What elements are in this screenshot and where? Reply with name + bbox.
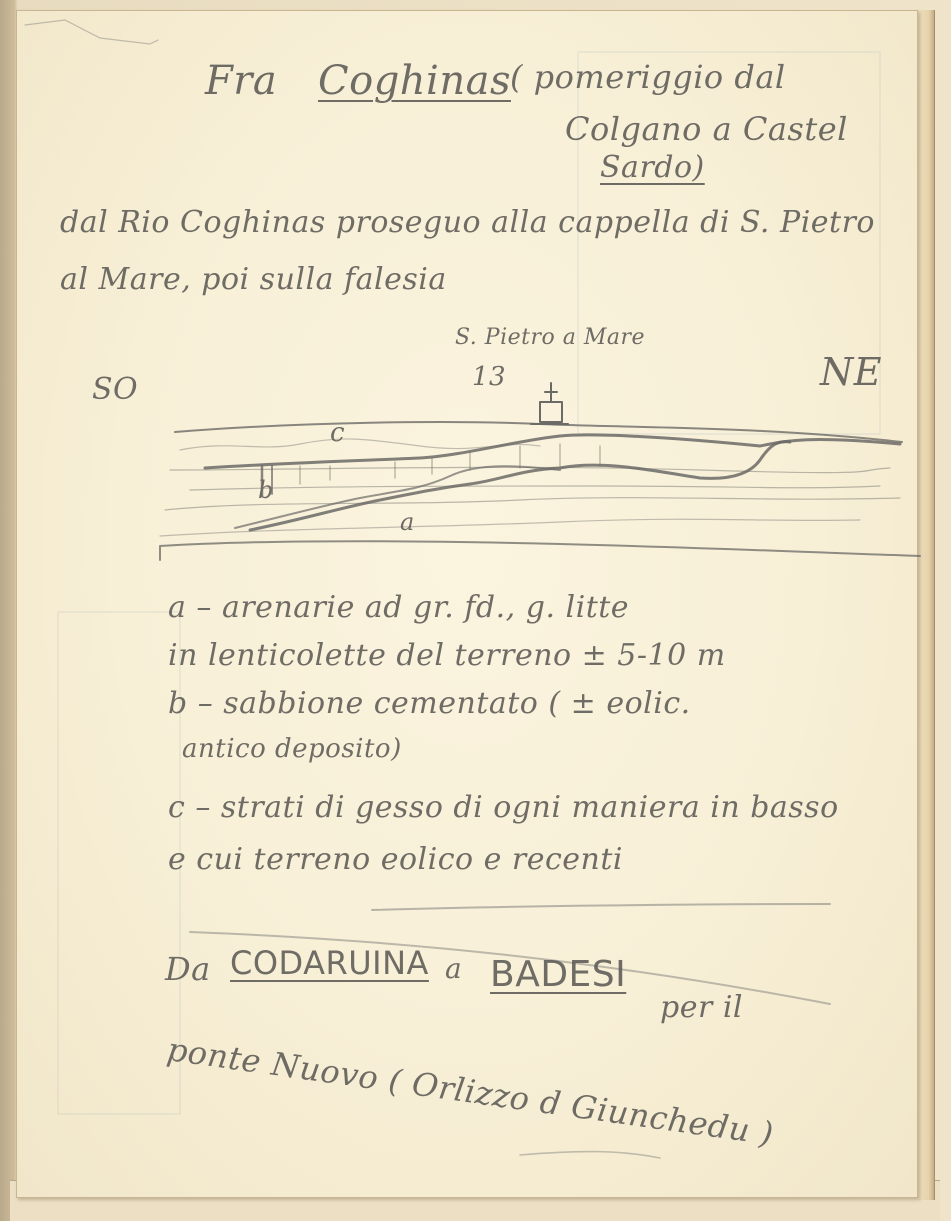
footer-mid: a: [445, 952, 462, 985]
footer-place-codaruina: CODARUINA: [230, 944, 429, 982]
footer-prefix: Da: [165, 950, 211, 988]
footer-suffix: per il: [660, 990, 743, 1025]
footer-place-badesi: BADESI: [490, 954, 626, 995]
divider-lines: [0, 0, 951, 1221]
